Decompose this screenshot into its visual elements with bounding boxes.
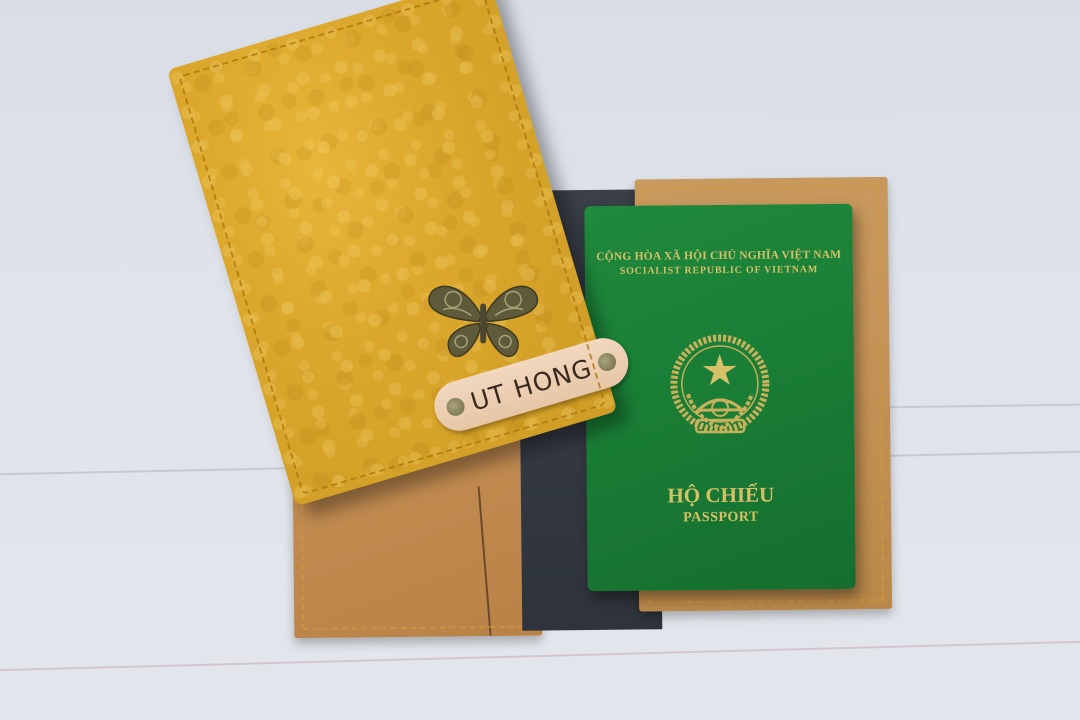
leather-texture	[167, 0, 617, 506]
wood-plank-seam	[880, 404, 1080, 409]
passport-title-vn: HỘ CHIẾU	[587, 482, 855, 509]
rivet-icon	[444, 396, 466, 418]
passport-title-en: PASSPORT	[587, 509, 855, 527]
passport-country-vn: CỘNG HÒA XÃ HỘI CHỦ NGHĨA VIỆT NAM	[585, 249, 853, 263]
national-emblem-icon	[667, 332, 772, 451]
passport-country-en: SOCIALIST REPUBLIC OF VIETNAM	[585, 264, 853, 277]
card-pocket-slit	[478, 486, 492, 636]
passport-cover-front: UT HONG	[167, 0, 617, 506]
vietnam-passport: CỘNG HÒA XÃ HỘI CHỦ NGHĨA VIỆT NAM SOCIA…	[584, 204, 855, 591]
wood-plank-seam	[0, 641, 1080, 671]
butterfly-charm-icon	[423, 276, 543, 366]
